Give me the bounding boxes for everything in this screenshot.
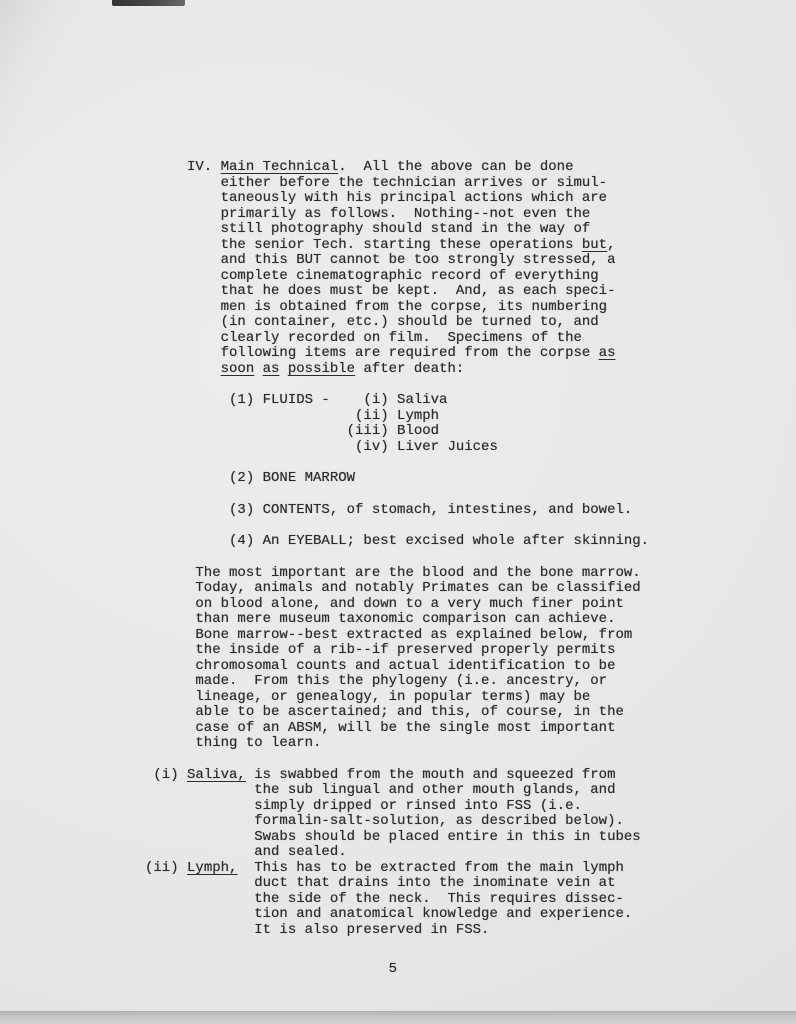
list-item-bone-marrow: (2) BONE MARROW (145, 471, 649, 487)
text-line: and sealed. (145, 845, 649, 861)
text-line: primarily as follows. Nothing--not even … (145, 207, 649, 223)
text-line: (4) An EYEBALL; best excised whole after… (145, 534, 649, 550)
text-line: 5 (145, 962, 649, 978)
text-line: The most important are the blood and the… (145, 566, 649, 582)
text-line: (i) Saliva, is swabbed from the mouth an… (145, 768, 649, 784)
text-line: It is also preserved in FSS. (145, 923, 649, 939)
text-line: men is obtained from the corpse, its num… (145, 300, 649, 316)
text-line: (1) FLUIDS - (i) Saliva (145, 393, 649, 409)
text-line: able to be ascertained; and this, of cou… (145, 705, 649, 721)
text-line: soon as possible after death: (145, 362, 649, 378)
text-line: (iv) Liver Juices (145, 440, 649, 456)
paper-corner-crease (0, 0, 90, 160)
text-line: either before the technician arrives or … (145, 176, 649, 192)
text-line: the side of the neck. This requires diss… (145, 892, 649, 908)
text-line: complete cinematographic record of every… (145, 269, 649, 285)
text-line: Today, animals and notably Primates can … (145, 581, 649, 597)
text-line: (iii) Blood (145, 424, 649, 440)
section-iv: IV. Main Technical. All the above can be… (145, 160, 649, 377)
text-line: clearly recorded on film. Specimens of t… (145, 331, 649, 347)
item-saliva: (i) Saliva, is swabbed from the mouth an… (145, 768, 649, 861)
text-line: tion and anatomical knowledge and experi… (145, 907, 649, 923)
text-line: (2) BONE MARROW (145, 471, 649, 487)
text-line: the senior Tech. starting these operatio… (145, 238, 649, 254)
text-line: that he does must be kept. And, as each … (145, 284, 649, 300)
list-item-eyeball: (4) An EYEBALL; best excised whole after… (145, 534, 649, 550)
scanned-page: IV. Main Technical. All the above can be… (0, 0, 796, 1024)
text-line: Swabs should be placed entire in this in… (145, 830, 649, 846)
text-line: the sub lingual and other mouth glands, … (145, 783, 649, 799)
text-line: and this BUT cannot be too strongly stre… (145, 253, 649, 269)
list-item-contents: (3) CONTENTS, of stomach, intestines, an… (145, 503, 649, 519)
text-line: thing to learn. (145, 736, 649, 752)
text-line: (ii) Lymph (145, 409, 649, 425)
text-line: case of an ABSM, will be the single most… (145, 721, 649, 737)
text-line: than mere museum taxonomic comparison ca… (145, 612, 649, 628)
text-line: the inside of a rib--if preserved proper… (145, 643, 649, 659)
text-line: made. From this the phylogeny (i.e. ance… (145, 674, 649, 690)
text-line: following items are required from the co… (145, 346, 649, 362)
document-text: IV. Main Technical. All the above can be… (145, 160, 649, 978)
paper-bottom-edge (0, 1011, 796, 1024)
text-line: simply dripped or rinsed into FSS (i.e. (145, 799, 649, 815)
text-line: (in container, etc.) should be turned to… (145, 315, 649, 331)
text-line: Bone marrow--best extracted as explained… (145, 628, 649, 644)
paragraph-importance: The most important are the blood and the… (145, 566, 649, 752)
text-line: IV. Main Technical. All the above can be… (145, 160, 649, 176)
text-line: formalin-salt-solution, as described bel… (145, 814, 649, 830)
text-line: chromosomal counts and actual identifica… (145, 659, 649, 675)
binding-mark (112, 0, 185, 6)
text-line: duct that drains into the inominate vein… (145, 876, 649, 892)
paper-sheet: IV. Main Technical. All the above can be… (0, 0, 796, 1011)
text-line: on blood alone, and down to a very much … (145, 597, 649, 613)
list-item-fluids: (1) FLUIDS - (i) Saliva (ii) Lymph (iii)… (145, 393, 649, 455)
text-line: (ii) Lymph, This has to be extracted fro… (145, 861, 649, 877)
item-lymph: (ii) Lymph, This has to be extracted fro… (145, 861, 649, 939)
text-line: lineage, or genealogy, in popular terms)… (145, 690, 649, 706)
text-line: (3) CONTENTS, of stomach, intestines, an… (145, 503, 649, 519)
text-line: taneously with his principal actions whi… (145, 191, 649, 207)
text-line: still photography should stand in the wa… (145, 222, 649, 238)
page-number: 5 (145, 962, 649, 978)
